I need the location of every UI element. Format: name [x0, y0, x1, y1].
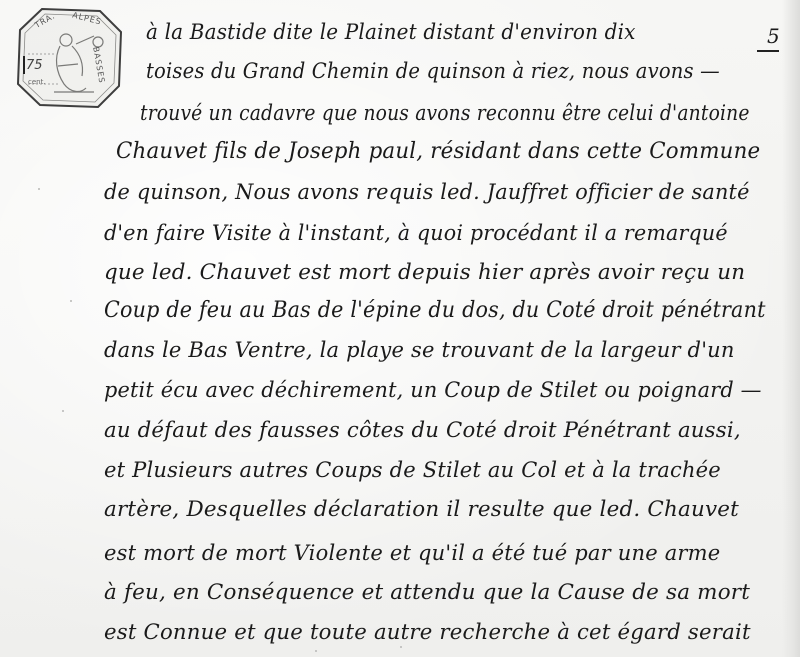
manuscript-line-16: est Connue et que toute autre recherche …: [104, 620, 751, 644]
manuscript-line-3: trouvé un cadavre que nous avons reconnu…: [140, 101, 750, 125]
manuscript-line-8: Coup de feu au Bas de l'épine du dos, du…: [104, 298, 766, 323]
paper-speck: [70, 300, 72, 302]
manuscript-line-2: toises du Grand Chemin de quinson à riez…: [146, 59, 720, 83]
manuscript-line-9: dans le Bas Ventre, la playe se trouvant…: [104, 338, 735, 362]
paper-speck: [38, 188, 40, 190]
manuscript-line-6: d'en faire Visite à l'instant, à quoi pr…: [104, 221, 728, 245]
stamp-unit: cent.: [28, 78, 46, 86]
manuscript-line-15: à feu, en Conséquence et attendu que la …: [104, 580, 750, 604]
revenue-stamp: TRA. ALPES BASSES 75 cent.: [14, 6, 124, 110]
page-number-underline: [757, 50, 779, 52]
paper-speck: [62, 410, 64, 412]
paper-speck: [400, 646, 402, 648]
manuscript-line-5: de quinson, Nous avons requis led. Jauff…: [104, 180, 750, 204]
manuscript-line-10: petit écu avec déchirement, un Coup de S…: [104, 378, 762, 402]
stamp-value: 75: [26, 58, 43, 73]
manuscript-line-14: est mort de mort Violente et qu'il a été…: [104, 541, 720, 565]
manuscript-page: TRA. ALPES BASSES 75 cent. 5 à la Bastid…: [0, 0, 800, 657]
manuscript-line-11: au défaut des fausses côtes du Coté droi…: [104, 418, 741, 442]
manuscript-line-1: à la Bastide dite le Plainet distant d'e…: [146, 20, 636, 44]
manuscript-line-13: artère, Desquelles déclaration il result…: [104, 497, 739, 521]
paper-speck: [315, 650, 317, 652]
manuscript-line-7: que led. Chauvet est mort depuis hier ap…: [104, 260, 745, 284]
manuscript-line-4: Chauvet fils de Joseph paul, résidant da…: [116, 139, 760, 164]
page-number: 5: [767, 24, 780, 48]
manuscript-line-12: et Plusieurs autres Coups de Stilet au C…: [104, 458, 721, 482]
page-edge-shadow: [782, 0, 800, 657]
